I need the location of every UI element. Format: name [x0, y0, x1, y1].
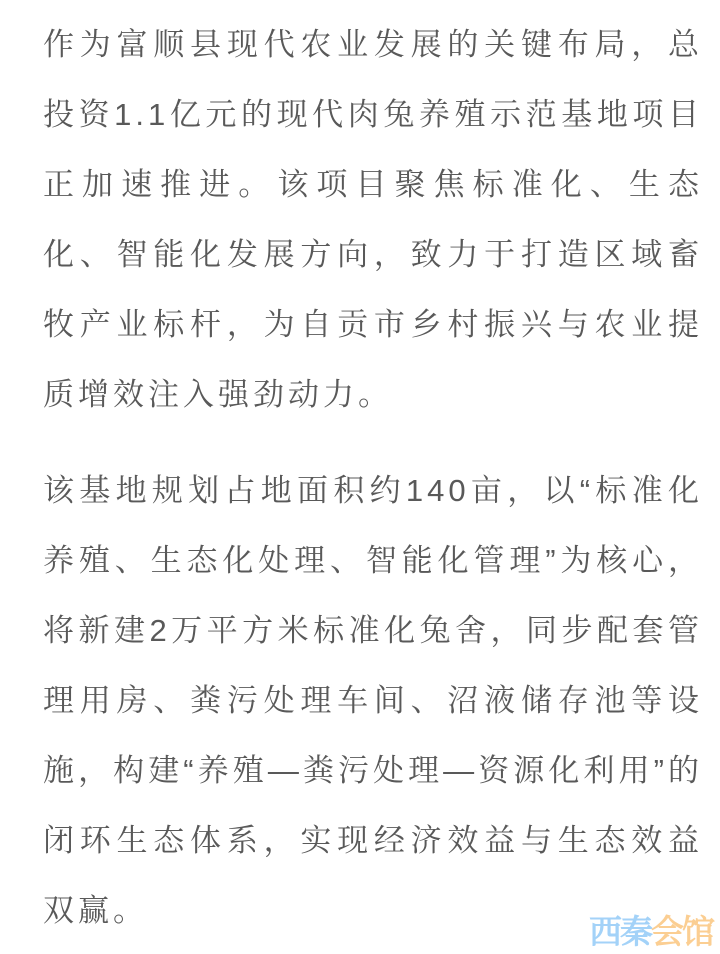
watermark-text-orange: 会馆: [651, 913, 713, 950]
article-body: 作为富顺县现代农业发展的关键布局，总投资1.1亿元的现代肉兔养殖示范基地项目正加…: [0, 0, 720, 946]
watermark-text-blue: 西秦: [589, 913, 651, 950]
site-watermark: 西秦会馆: [589, 915, 713, 948]
article-paragraph-1: 作为富顺县现代农业发展的关键布局，总投资1.1亿元的现代肉兔养殖示范基地项目正加…: [43, 10, 703, 430]
article-paragraph-2: 该基地规划占地面积约140亩，以“标准化养殖、生态化处理、智能化管理”为核心，将…: [43, 456, 703, 946]
article-page: 作为富顺县现代农业发展的关键布局，总投资1.1亿元的现代肉兔养殖示范基地项目正加…: [0, 0, 720, 954]
